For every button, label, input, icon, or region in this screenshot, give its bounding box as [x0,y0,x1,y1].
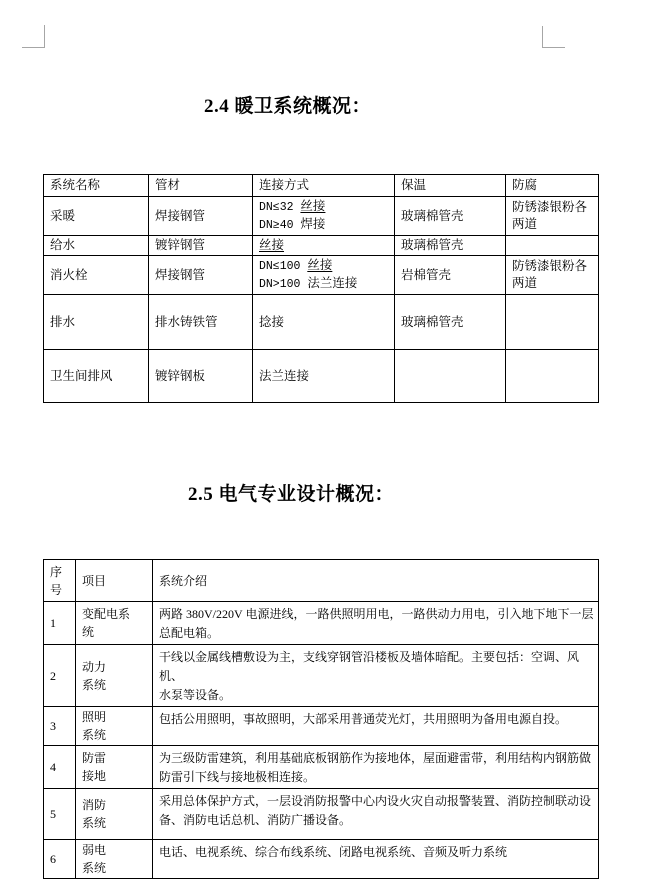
electrical-table-row: 6弱电 系统电话、电视系统、综合布线系统、闭路电视系统、音频及听力系统 [44,840,599,879]
pipe-material-cell: 排水铸铁管 [149,295,253,350]
column-header-insulation: 保温 [395,175,506,197]
pipe-size-code: DN≥40 [259,219,300,232]
connection-line: 丝接 [259,237,388,254]
system-name-cell: 采暖 [44,197,149,236]
anticorrosion-cell: 防锈漆银粉各两道 [506,197,599,236]
section-title-2-4: 2.4 暖卫系统概况： [204,95,371,119]
margin-mark-vertical [542,26,543,48]
section-title-2-5: 2.5 电气专业设计概况： [188,483,394,507]
pipe-material-cell: 焊接钢管 [149,256,253,295]
connection-text: 焊接 [300,217,325,231]
hvac-systems-table: 系统名称 管材 连接方式 保温 防腐 采暖焊接钢管DN≤32 丝接DN≥40 焊… [43,174,599,403]
column-header-item: 项目 [76,560,153,602]
connection-text: 法兰连接 [307,276,357,290]
pipe-size-code: DN≤100 [259,260,307,273]
column-header-anticorrosion: 防腐 [506,175,599,197]
system-description-cell: 为三级防雷建筑，利用基础底板钢筋作为接地体，屋面避雷带，利用结构内钢筋做 防雷引… [153,746,599,789]
connection-text: 丝接 [259,238,284,252]
system-name-cell: 消火栓 [44,256,149,295]
row-number-cell: 5 [44,789,76,840]
item-name-cell: 弱电 系统 [76,840,153,879]
electrical-table-row: 3照明 系统包括公用照明，事故照明，大部采用普通荧光灯，共用照明为备用电源自投。 [44,707,599,746]
system-description-cell: 两路 380V/220V 电源进线，一路供照明用电，一路供动力用电，引入地下地下… [153,602,599,645]
anticorrosion-cell [506,295,599,350]
system-name-cell: 排水 [44,295,149,350]
connection-line: 法兰连接 [259,368,388,385]
system-description-cell: 干线以金属线槽敷设为主，支线穿钢管沿楼板及墙体暗配。主要包括：空调、风机、 水泵… [153,645,599,707]
connection-text: 丝接 [300,199,325,213]
item-name-cell: 照明 系统 [76,707,153,746]
anticorrosion-cell: 防锈漆银粉各两道 [506,256,599,295]
hvac-table-row: 给水镀锌钢管丝接玻璃棉管壳 [44,236,599,256]
insulation-cell: 玻璃棉管壳 [395,295,506,350]
hvac-header-row: 系统名称 管材 连接方式 保温 防腐 [44,175,599,197]
insulation-cell: 岩棉管壳 [395,256,506,295]
pipe-material-cell: 镀锌钢管 [149,236,253,256]
anticorrosion-cell [506,350,599,403]
electrical-header-row: 序 号 项目 系统介绍 [44,560,599,602]
insulation-cell [395,350,506,403]
pipe-size-code: DN>100 [259,278,307,291]
insulation-cell: 玻璃棉管壳 [395,197,506,236]
column-header-number: 序 号 [44,560,76,602]
column-header-pipe: 管材 [149,175,253,197]
item-name-cell: 变配电系 统 [76,602,153,645]
connection-line: DN≤32 丝接 [259,198,388,216]
hvac-table-row: 采暖焊接钢管DN≤32 丝接DN≥40 焊接玻璃棉管壳防锈漆银粉各两道 [44,197,599,236]
pipe-size-code: DN≤32 [259,201,300,214]
connection-method-cell: 丝接 [253,236,395,256]
connection-text: 捻接 [259,315,284,329]
hvac-table-row: 消火栓焊接钢管DN≤100 丝接DN>100 法兰连接岩棉管壳防锈漆银粉各两道 [44,256,599,295]
connection-method-cell: DN≤100 丝接DN>100 法兰连接 [253,256,395,295]
electrical-table-row: 1变配电系 统两路 380V/220V 电源进线，一路供照明用电，一路供动力用电… [44,602,599,645]
system-description-cell: 包括公用照明，事故照明，大部采用普通荧光灯，共用照明为备用电源自投。 [153,707,599,746]
system-name-cell: 卫生间排风 [44,350,149,403]
connection-line: DN≤100 丝接 [259,257,388,275]
hvac-table-row: 排水排水铸铁管捻接玻璃棉管壳 [44,295,599,350]
item-name-cell: 防雷 接地 [76,746,153,789]
row-number-cell: 2 [44,645,76,707]
column-header-system: 系统名称 [44,175,149,197]
row-number-cell: 3 [44,707,76,746]
electrical-table-row: 5消防 系统采用总体保护方式，一层设消防报警中心内设火灾自动报警装置、消防控制联… [44,789,599,840]
system-name-cell: 给水 [44,236,149,256]
insulation-cell: 玻璃棉管壳 [395,236,506,256]
connection-line: DN≥40 焊接 [259,216,388,234]
row-number-cell: 6 [44,840,76,879]
connection-line: DN>100 法兰连接 [259,275,388,293]
margin-mark-horizontal [22,47,45,48]
hvac-table-row: 卫生间排风镀锌钢板法兰连接 [44,350,599,403]
electrical-design-table: 序 号 项目 系统介绍 1变配电系 统两路 380V/220V 电源进线，一路供… [43,559,599,879]
electrical-table-row: 4防雷 接地为三级防雷建筑，利用基础底板钢筋作为接地体，屋面避雷带，利用结构内钢… [44,746,599,789]
margin-mark-vertical [44,25,45,48]
document-page: { "titles": { "section1": "2.4 暖卫系统概况：",… [0,0,650,886]
row-number-cell: 1 [44,602,76,645]
item-name-cell: 动力 系统 [76,645,153,707]
system-description-cell: 采用总体保护方式，一层设消防报警中心内设火灾自动报警装置、消防控制联动设 备、消… [153,789,599,840]
anticorrosion-cell [506,236,599,256]
connection-text: 法兰连接 [259,369,309,383]
connection-line: 捻接 [259,314,388,331]
pipe-material-cell: 焊接钢管 [149,197,253,236]
system-description-cell: 电话、电视系统、综合布线系统、闭路电视系统、音频及听力系统 [153,840,599,879]
row-number-cell: 4 [44,746,76,789]
connection-method-cell: DN≤32 丝接DN≥40 焊接 [253,197,395,236]
connection-method-cell: 法兰连接 [253,350,395,403]
connection-method-cell: 捻接 [253,295,395,350]
electrical-table-row: 2动力 系统干线以金属线槽敷设为主，支线穿钢管沿楼板及墙体暗配。主要包括：空调、… [44,645,599,707]
column-header-description: 系统介绍 [153,560,599,602]
item-name-cell: 消防 系统 [76,789,153,840]
margin-mark-horizontal [542,47,565,48]
column-header-connection: 连接方式 [253,175,395,197]
connection-text: 丝接 [307,258,332,272]
pipe-material-cell: 镀锌钢板 [149,350,253,403]
